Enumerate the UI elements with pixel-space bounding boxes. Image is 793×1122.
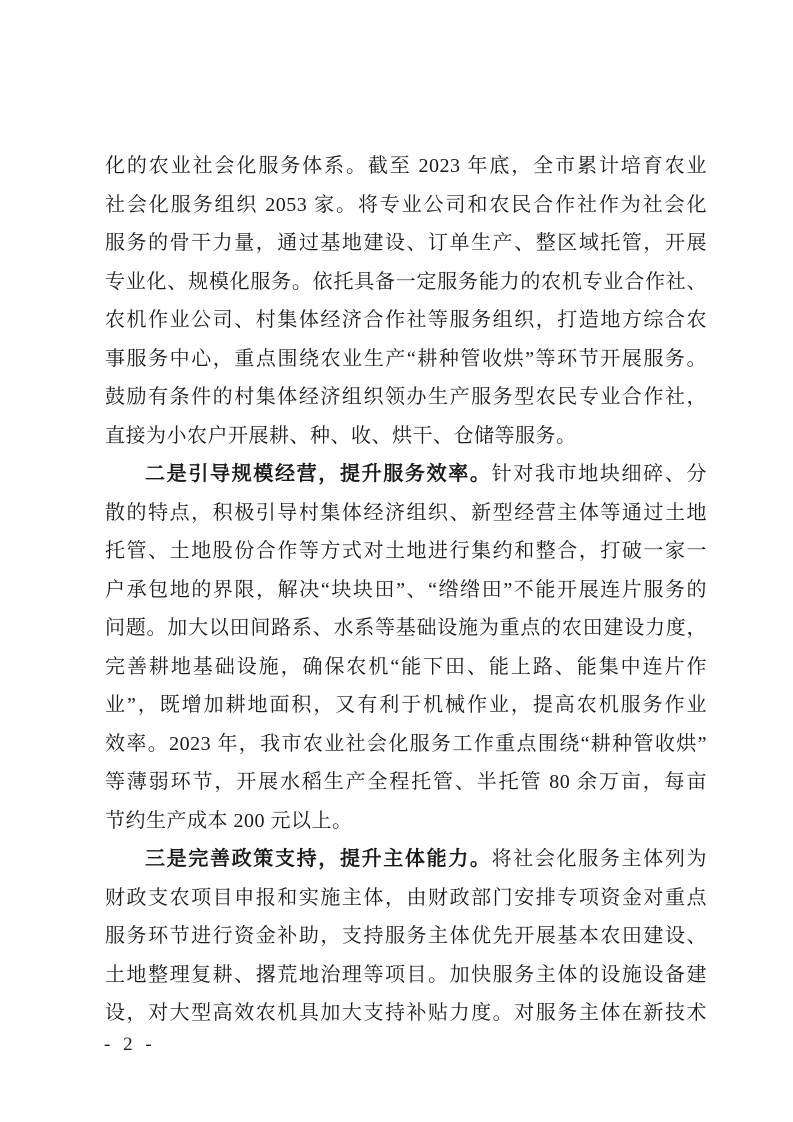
text-line: 事服务中心，重点围绕农业生产“耕种管收烘”等环节开展服务。 bbox=[105, 340, 707, 379]
bold-lead-text: 二是引导规模经营，提升服务效率。 bbox=[145, 463, 492, 485]
line-text: 节约生产成本 200 元以上。 bbox=[105, 810, 353, 832]
text-line: 户承包地的界限，解决“块块田”、“绺绺田”不能开展连片服务的 bbox=[105, 571, 707, 610]
line-text: 问题。加大以田间路系、水系等基础设施为重点的农田建设力度， bbox=[105, 617, 707, 639]
text-line: 托管、土地股份合作等方式对土地进行集约和整合，打破一家一 bbox=[105, 532, 707, 571]
text-line: 服务环节进行资金补助，支持服务主体优先开展基本农田建设、 bbox=[105, 917, 707, 956]
text-line: 节约生产成本 200 元以上。 bbox=[105, 802, 707, 841]
line-text: 将社会化服务主体列为 bbox=[492, 848, 707, 870]
text-line: 等薄弱环节，开展水稻生产全程托管、半托管 80 余万亩，每亩 bbox=[105, 763, 707, 802]
text-line: 问题。加大以田间路系、水系等基础设施为重点的农田建设力度， bbox=[105, 609, 707, 648]
line-text: 鼓励有条件的村集体经济组织领办生产服务型农民专业合作社， bbox=[105, 386, 707, 408]
bold-lead-text: 三是完善政策支持，提升主体能力。 bbox=[145, 848, 492, 870]
line-text: 财政支农项目申报和实施主体，由财政部门安排专项资金对重点 bbox=[105, 887, 707, 909]
line-text: 等薄弱环节，开展水稻生产全程托管、半托管 80 余万亩，每亩 bbox=[105, 771, 707, 793]
text-line: 土地整理复耕、撂荒地治理等项目。加快服务主体的设施设备建 bbox=[105, 956, 707, 995]
page-number: - 2 - bbox=[104, 1031, 156, 1059]
line-text: 设，对大型高效农机具加大支持补贴力度。对服务主体在新技术 bbox=[105, 1002, 707, 1024]
text-line: 社会化服务组织 2053 家。将专业公司和农民合作社作为社会化 bbox=[105, 186, 707, 225]
line-text: 完善耕地基础设施，确保农机“能下田、能上路、能集中连片作 bbox=[105, 656, 707, 678]
line-text: 针对我市地块细碎、分 bbox=[492, 463, 707, 485]
document-body: 化的农业社会化服务体系。截至 2023 年底，全市累计培育农业社会化服务组织 2… bbox=[105, 147, 707, 1033]
paragraph: 化的农业社会化服务体系。截至 2023 年底，全市累计培育农业社会化服务组织 2… bbox=[105, 147, 707, 455]
text-line: 服务的骨干力量，通过基地建设、订单生产、整区域托管，开展 bbox=[105, 224, 707, 263]
line-text: 专业化、规模化服务。依托具备一定服务能力的农机专业合作社、 bbox=[105, 271, 707, 293]
line-text: 托管、土地股份合作等方式对土地进行集约和整合，打破一家一 bbox=[105, 540, 707, 562]
line-text: 散的特点，积极引导村集体经济组织、新型经营主体等通过土地 bbox=[105, 502, 707, 524]
line-text: 效率。2023 年，我市农业社会化服务工作重点围绕“耕种管收烘” bbox=[105, 733, 707, 755]
text-line: 完善耕地基础设施，确保农机“能下田、能上路、能集中连片作 bbox=[105, 648, 707, 687]
text-line: 设，对大型高效农机具加大支持补贴力度。对服务主体在新技术 bbox=[105, 994, 707, 1033]
text-line: 效率。2023 年，我市农业社会化服务工作重点围绕“耕种管收烘” bbox=[105, 725, 707, 764]
document-page: 化的农业社会化服务体系。截至 2023 年底，全市累计培育农业社会化服务组织 2… bbox=[0, 0, 793, 1122]
text-line: 三是完善政策支持，提升主体能力。将社会化服务主体列为 bbox=[105, 840, 707, 879]
line-text: 事服务中心，重点围绕农业生产“耕种管收烘”等环节开展服务。 bbox=[105, 348, 707, 370]
line-text: 化的农业社会化服务体系。截至 2023 年底，全市累计培育农业 bbox=[105, 155, 707, 177]
text-line: 散的特点，积极引导村集体经济组织、新型经营主体等通过土地 bbox=[105, 494, 707, 533]
line-text: 直接为小农户开展耕、种、收、烘干、仓储等服务。 bbox=[105, 425, 577, 447]
line-text: 业”，既增加耕地面积，又有利于机械作业，提高农机服务作业 bbox=[105, 694, 707, 716]
line-text: 土地整理复耕、撂荒地治理等项目。加快服务主体的设施设备建 bbox=[105, 964, 707, 986]
text-line: 直接为小农户开展耕、种、收、烘干、仓储等服务。 bbox=[105, 417, 707, 456]
paragraph: 二是引导规模经营，提升服务效率。针对我市地块细碎、分散的特点，积极引导村集体经济… bbox=[105, 455, 707, 840]
text-line: 财政支农项目申报和实施主体，由财政部门安排专项资金对重点 bbox=[105, 879, 707, 918]
line-text: 社会化服务组织 2053 家。将专业公司和农民合作社作为社会化 bbox=[105, 194, 707, 216]
text-line: 农机作业公司、村集体经济合作社等服务组织，打造地方综合农 bbox=[105, 301, 707, 340]
text-line: 业”，既增加耕地面积，又有利于机械作业，提高农机服务作业 bbox=[105, 686, 707, 725]
line-text: 农机作业公司、村集体经济合作社等服务组织，打造地方综合农 bbox=[105, 309, 707, 331]
text-line: 专业化、规模化服务。依托具备一定服务能力的农机专业合作社、 bbox=[105, 263, 707, 302]
paragraph: 三是完善政策支持，提升主体能力。将社会化服务主体列为财政支农项目申报和实施主体，… bbox=[105, 840, 707, 1033]
text-line: 化的农业社会化服务体系。截至 2023 年底，全市累计培育农业 bbox=[105, 147, 707, 186]
text-line: 二是引导规模经营，提升服务效率。针对我市地块细碎、分 bbox=[105, 455, 707, 494]
line-text: 服务的骨干力量，通过基地建设、订单生产、整区域托管，开展 bbox=[105, 232, 707, 254]
line-text: 户承包地的界限，解决“块块田”、“绺绺田”不能开展连片服务的 bbox=[105, 579, 707, 601]
text-line: 鼓励有条件的村集体经济组织领办生产服务型农民专业合作社， bbox=[105, 378, 707, 417]
line-text: 服务环节进行资金补助，支持服务主体优先开展基本农田建设、 bbox=[105, 925, 707, 947]
